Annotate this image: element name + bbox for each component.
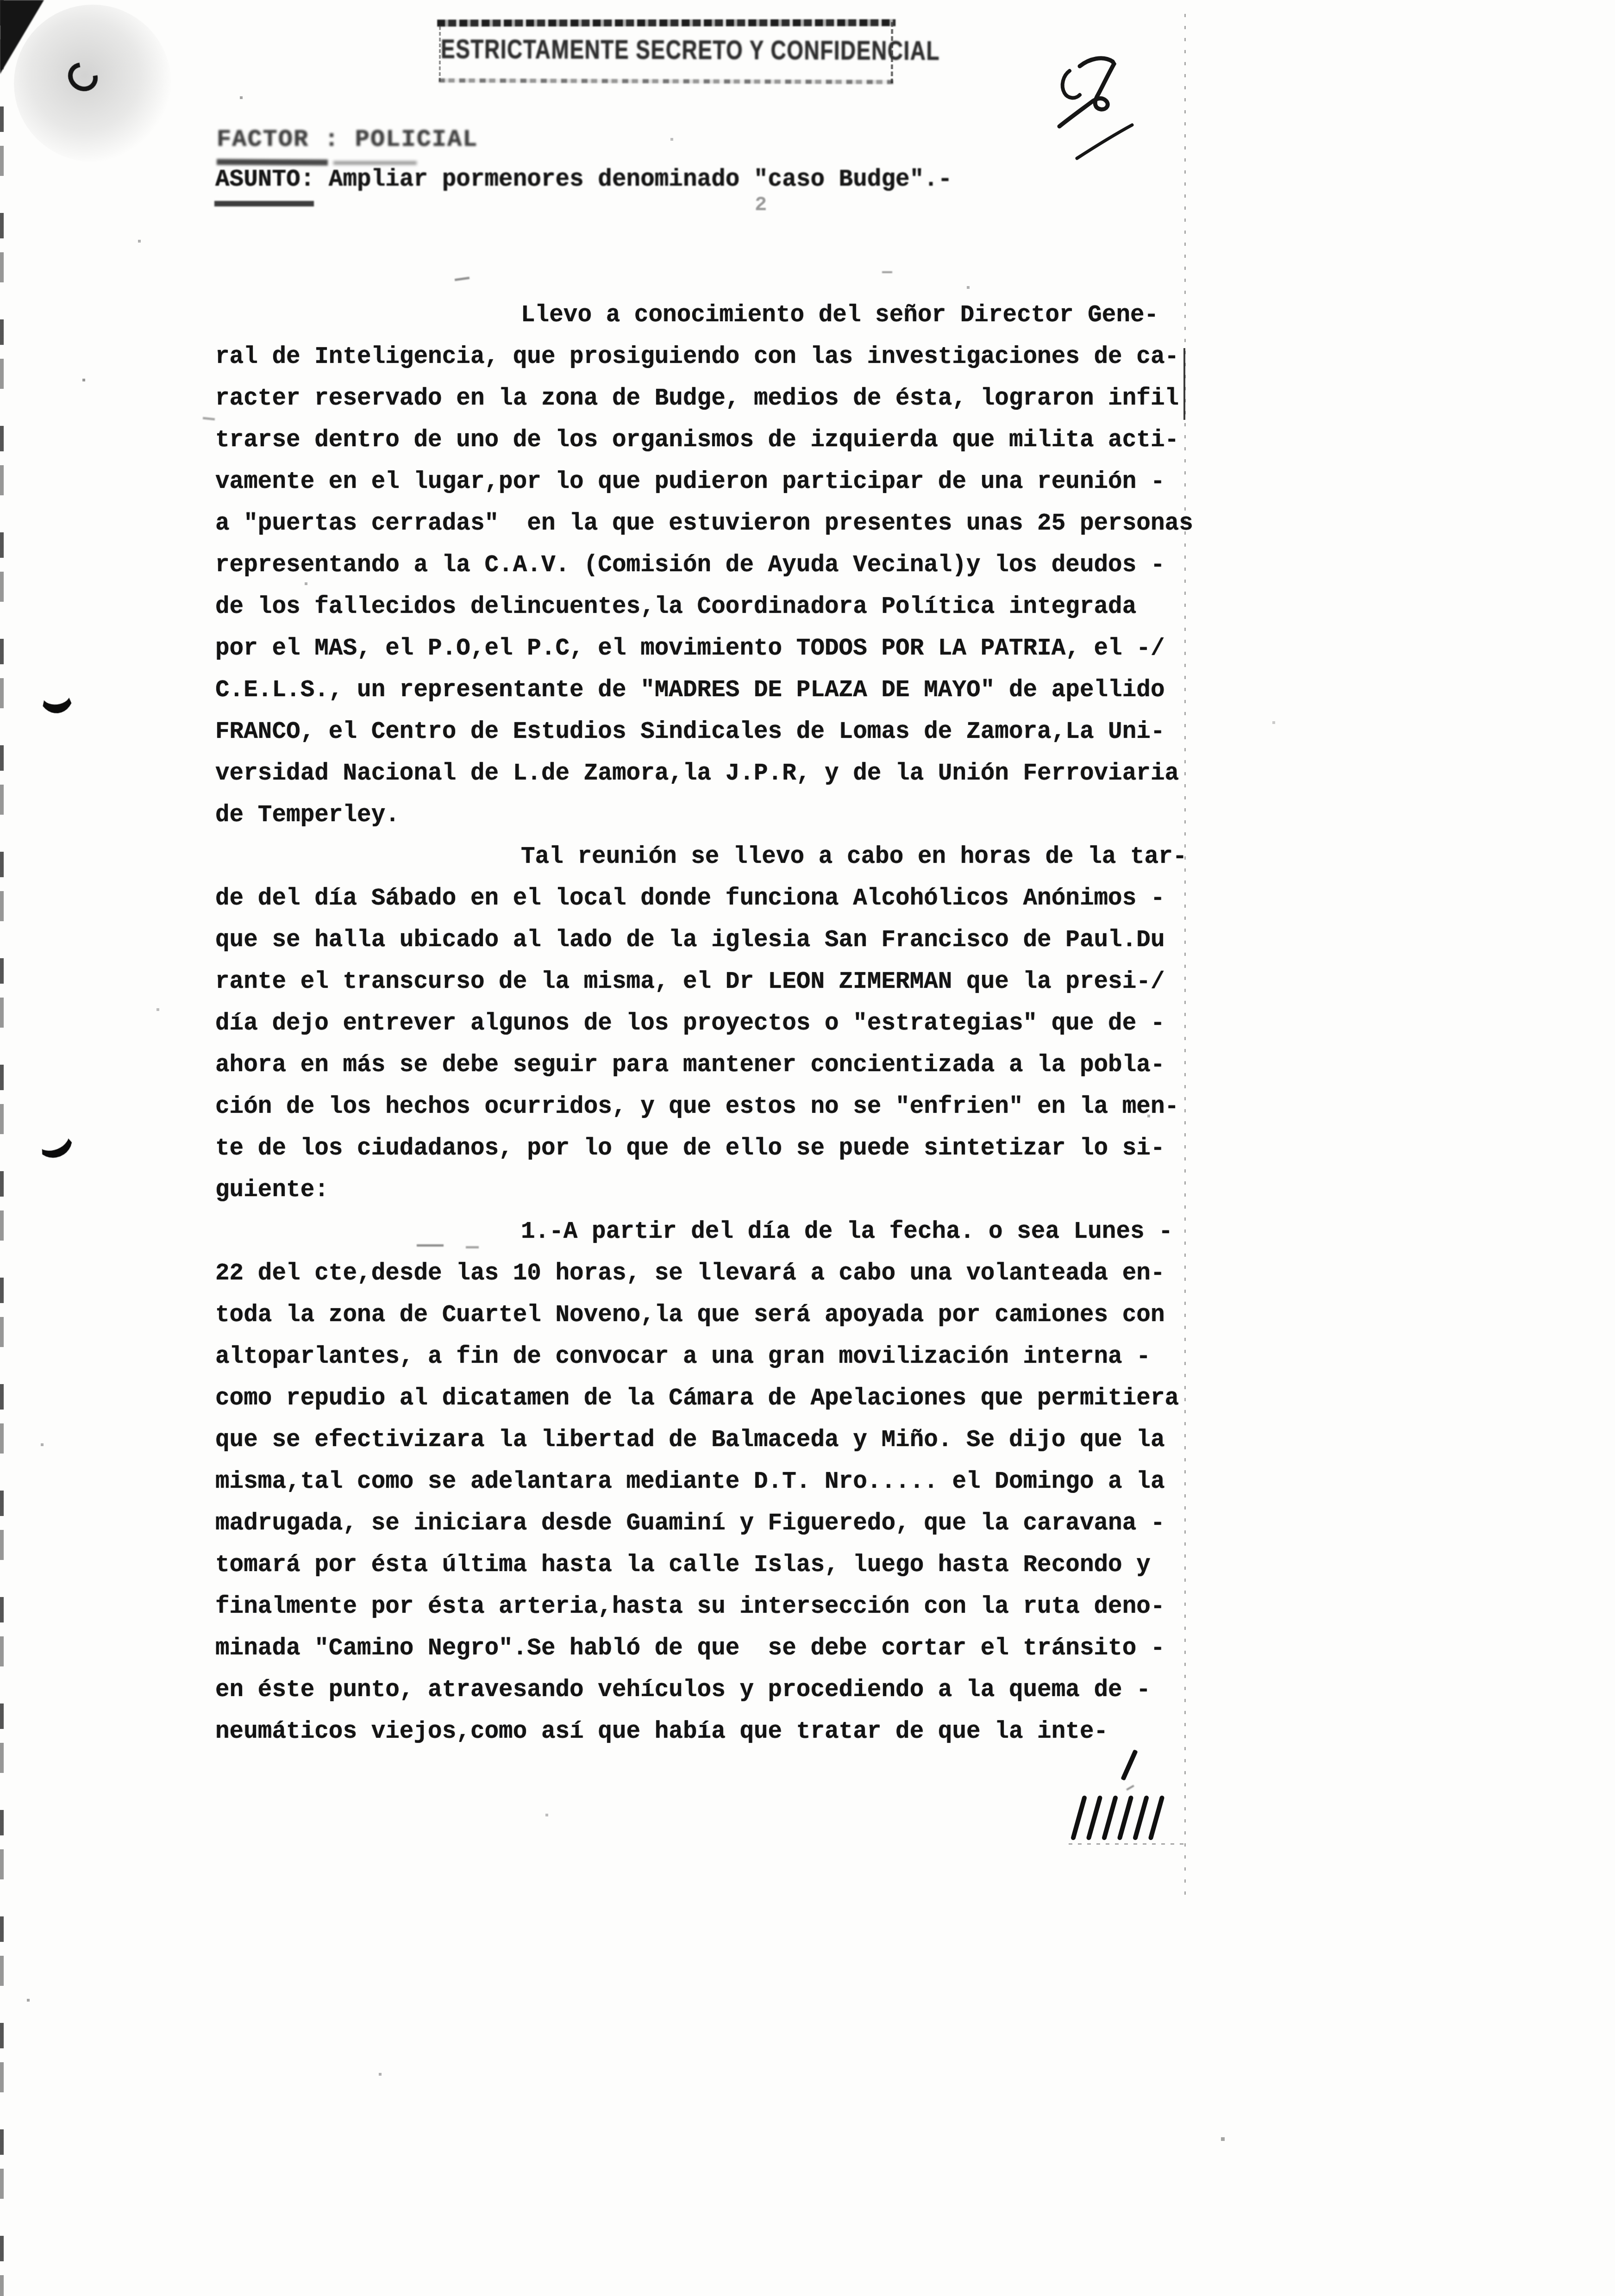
scan-left-edge xyxy=(0,0,4,2296)
hole-punch-mark xyxy=(37,673,75,715)
hole-punch-mark xyxy=(29,1115,78,1164)
handwritten-slash xyxy=(1120,1749,1138,1781)
document-line: 1.-A partir del día de la fecha. o sea L… xyxy=(215,1211,1234,1253)
asunto-heading: ASUNTO: Ampliar pormenores denominado "c… xyxy=(215,167,952,193)
document-line: C.E.L.S., un representante de "MADRES DE… xyxy=(215,670,1234,711)
document-line: versidad Nacional de L.de Zamora,la J.P.… xyxy=(215,753,1234,795)
document-line: toda la zona de Cuartel Noveno,la que se… xyxy=(215,1295,1234,1336)
document-line: neumáticos viejos,como así que había que… xyxy=(215,1711,1234,1753)
document-line: madrugada, se iniciara desde Guaminí y F… xyxy=(215,1503,1234,1545)
document-line: de del día Sábado en el local donde func… xyxy=(215,878,1234,920)
document-line: Tal reunión se llevo a cabo en horas de … xyxy=(215,836,1234,878)
stray-mark xyxy=(455,277,469,281)
document-line: que se efectivizara la libertad de Balma… xyxy=(215,1420,1234,1461)
document-line: misma,tal como se adelantara mediante D.… xyxy=(215,1461,1234,1503)
document-line: rante el transcurso de la misma, el Dr L… xyxy=(215,961,1234,1003)
handwritten-signature-squiggle xyxy=(1037,49,1204,178)
document-body: Llevo a conocimiento del señor Director … xyxy=(215,295,1234,1753)
document-line: guiente: xyxy=(215,1170,1234,1211)
document-line: ción de los hechos ocurridos, y que esto… xyxy=(215,1086,1234,1128)
scan-bottom-edge-line xyxy=(1069,1843,1188,1845)
document-line: ahora en más se debe seguir para mantene… xyxy=(215,1045,1234,1086)
scan-noise-speckles xyxy=(0,0,1,1)
stray-mark xyxy=(417,1244,444,1247)
document-line: minada "Camino Negro".Se habló de que se… xyxy=(215,1628,1234,1670)
factor-underline xyxy=(217,159,328,165)
document-line: altoparlantes, a fin de convocar a una g… xyxy=(215,1336,1234,1378)
stray-mark xyxy=(203,417,215,421)
document-line: te de los ciudadanos, por lo que de ello… xyxy=(215,1128,1234,1170)
document-line: Llevo a conocimiento del señor Director … xyxy=(215,295,1234,337)
stray-digit-mark: 2 xyxy=(755,193,767,217)
handwritten-end-slashes xyxy=(1069,1792,1177,1843)
document-line: que se halla ubicado al lado de la igles… xyxy=(215,920,1234,961)
document-line: como repudio al dicatamen de la Cámara d… xyxy=(215,1378,1234,1420)
confidential-stamp-text: ESTRICTAMENTE SECRETO Y CONFIDENCIAL xyxy=(441,33,891,66)
document-line: a "puertas cerradas" en la que estuviero… xyxy=(215,503,1234,545)
document-line: trarse dentro de uno de los organismos d… xyxy=(215,420,1234,462)
stray-mark xyxy=(1126,1785,1134,1791)
document-line: de Temperley. xyxy=(215,795,1234,836)
document-line: día dejo entrever algunos de los proyect… xyxy=(215,1003,1234,1045)
factor-underline-smear xyxy=(333,161,417,165)
document-line: de los fallecidos delincuentes,la Coordi… xyxy=(215,586,1234,628)
stray-mark xyxy=(882,271,892,273)
stray-mark xyxy=(466,1246,479,1248)
document-line: por el MAS, el P.O,el P.C, el movimiento… xyxy=(215,628,1234,670)
document-line: racter reservado en la zona de Budge, me… xyxy=(215,378,1234,420)
scanned-document-page: { "stamp": { "text": "ESTRICTAMENTE SECR… xyxy=(0,0,1615,2296)
document-line: 22 del cte,desde las 10 horas, se llevar… xyxy=(215,1253,1234,1295)
document-line: tomará por ésta última hasta la calle Is… xyxy=(215,1545,1234,1586)
document-line: en éste punto, atravesando vehículos y p… xyxy=(215,1670,1234,1711)
document-line: ral de Inteligencia, que prosiguiendo co… xyxy=(215,337,1234,378)
document-line: vamente en el lugar,por lo que pudieron … xyxy=(215,462,1234,503)
document-line: representando a la C.A.V. (Comisión de A… xyxy=(215,545,1234,586)
document-line: FRANCO, el Centro de Estudios Sindicales… xyxy=(215,711,1234,753)
confidential-stamp: ESTRICTAMENTE SECRETO Y CONFIDENCIAL xyxy=(439,20,893,83)
asunto-underline xyxy=(214,201,314,206)
factor-heading: FACTOR : POLICIAL xyxy=(217,126,478,153)
document-line: finalmente por ésta arteria,hasta su int… xyxy=(215,1586,1234,1628)
